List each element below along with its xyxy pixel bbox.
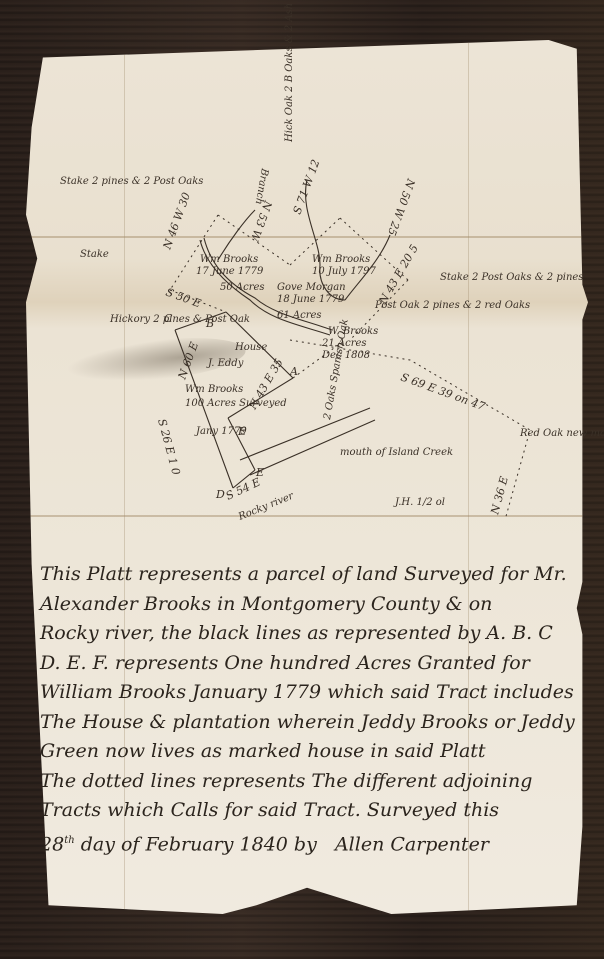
tract-1-date: 17 June 1779: [196, 266, 264, 277]
tract-3-owner: Gove Morgan: [277, 282, 346, 293]
landmark-post-oak: Post Oak 2 pines & 2 red Oaks: [374, 300, 530, 311]
date-suffix: th: [64, 835, 74, 846]
bearing-12: N 36 E: [488, 475, 511, 517]
tract-4-acres: 21 Acres: [321, 338, 367, 349]
tract-4-owner: W. Brooks: [328, 326, 378, 337]
corner-a: A: [289, 365, 298, 378]
narrative-line-7: Green now lives as marked house in said …: [40, 737, 570, 767]
landmark-creek: mouth of Island Creek: [340, 447, 453, 458]
tract-5-date: Jany 1779: [194, 426, 247, 437]
tract-5-tenant: J. Eddy: [206, 358, 244, 369]
date-rest: day of February 1840 by: [81, 833, 317, 855]
narrative-text: This Platt represents a parcel of land S…: [40, 560, 570, 859]
tract-1-owner: Wm Brooks: [200, 254, 258, 265]
landmark-hickory-top: Hick Oak 2 B Oaks & 2 Ash: [284, 3, 295, 143]
surveyor-signature: Allen Carpenter: [335, 833, 489, 855]
landmark-stake-top-left: Stake 2 pines & 2 Post Oaks: [60, 176, 203, 187]
tract-5-acres: 100 Acres Surveyed: [185, 398, 287, 409]
date-day: 28: [40, 833, 64, 855]
narrative-date-line: 28th day of February 1840 by Allen Carpe…: [40, 826, 570, 860]
bearing-7: S 69 E 39 on 47: [399, 371, 487, 414]
tract-4-date: Dec 1808: [321, 350, 370, 361]
tract-5-owner: Wm Brooks: [185, 384, 243, 395]
narrative-line-3: Rocky river, the black lines as represen…: [40, 619, 570, 649]
tract-2-date: 10 July 1797: [312, 266, 376, 277]
bearing-4: N 50 W 25: [385, 176, 418, 237]
landmark-stake-right: Stake 2 Post Oaks & 2 pines: [440, 272, 583, 283]
landmark-small-note: J.H. 1/2 ol: [393, 497, 445, 508]
bearing-2: N 53 W: [247, 198, 274, 244]
narrative-line-6: The House & plantation wherein Jeddy Bro…: [40, 708, 570, 738]
landmark-hickory: Hickory 2 pines & Post Oak: [109, 314, 250, 325]
landmark-stake-left: Stake: [80, 249, 109, 260]
narrative-line-5: William Brooks January 1779 which said T…: [40, 678, 570, 708]
bearing-5: N 43 E 20 5: [376, 242, 421, 307]
bearing-1: N 46 W 30: [160, 191, 193, 252]
bearing-6: S 50 E: [164, 286, 203, 311]
bearing-11: N 60 E: [175, 340, 201, 382]
narrative-line-1: This Platt represents a parcel of land S…: [40, 560, 570, 590]
landmark-red-oak: Red Oak new marks: [519, 428, 604, 439]
bearing-8: S 26 E 1 0: [155, 417, 182, 476]
tract-3-acres: 61 Acres: [277, 310, 322, 321]
tract-3-date: 18 June 1779: [277, 294, 345, 305]
tract-5-house: House: [234, 342, 267, 353]
narrative-line-4: D. E. F. represents One hundred Acres Gr…: [40, 649, 570, 679]
narrative-line-9: Tracts which Calls for said Tract. Surve…: [40, 796, 570, 826]
tract-2-owner: Wm Brooks: [312, 254, 370, 265]
narrative-line-8: The dotted lines represents The differen…: [40, 767, 570, 797]
corner-d: D: [215, 488, 225, 501]
narrative-line-2: Alexander Brooks in Montgomery County & …: [40, 590, 570, 620]
tract-1-acres: 50 Acres: [220, 282, 265, 293]
landmark-branch: Branch: [253, 166, 270, 205]
rocky-river-lines: [240, 408, 375, 475]
